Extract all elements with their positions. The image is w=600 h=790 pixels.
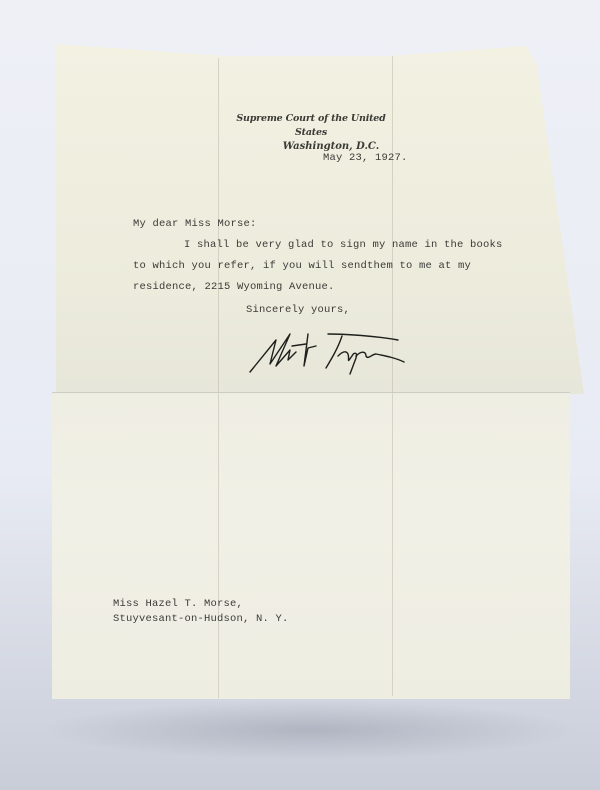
- salutation: My dear Miss Morse:: [133, 218, 257, 230]
- closing: Sincerely yours,: [246, 304, 350, 316]
- body-line: to which you refer, if you will sendthem…: [133, 260, 471, 272]
- letterhead-institution: Supreme Court of the United States: [236, 112, 386, 140]
- letter-bottom-panel: [52, 393, 570, 699]
- signature: [246, 326, 411, 376]
- folded-letter: Supreme Court of the United States Washi…: [0, 0, 600, 790]
- recipient-location: Stuyvesant-on-Hudson, N. Y.: [113, 613, 289, 625]
- letter-date: May 23, 1927.: [323, 152, 408, 164]
- body-line: I shall be very glad to sign my name in …: [184, 239, 503, 251]
- recipient-name: Miss Hazel T. Morse,: [113, 598, 243, 610]
- body-line: residence, 2215 Wyoming Avenue.: [133, 281, 335, 293]
- letterhead: Supreme Court of the United States Washi…: [236, 112, 386, 154]
- horizontal-fold-crease: [52, 392, 570, 394]
